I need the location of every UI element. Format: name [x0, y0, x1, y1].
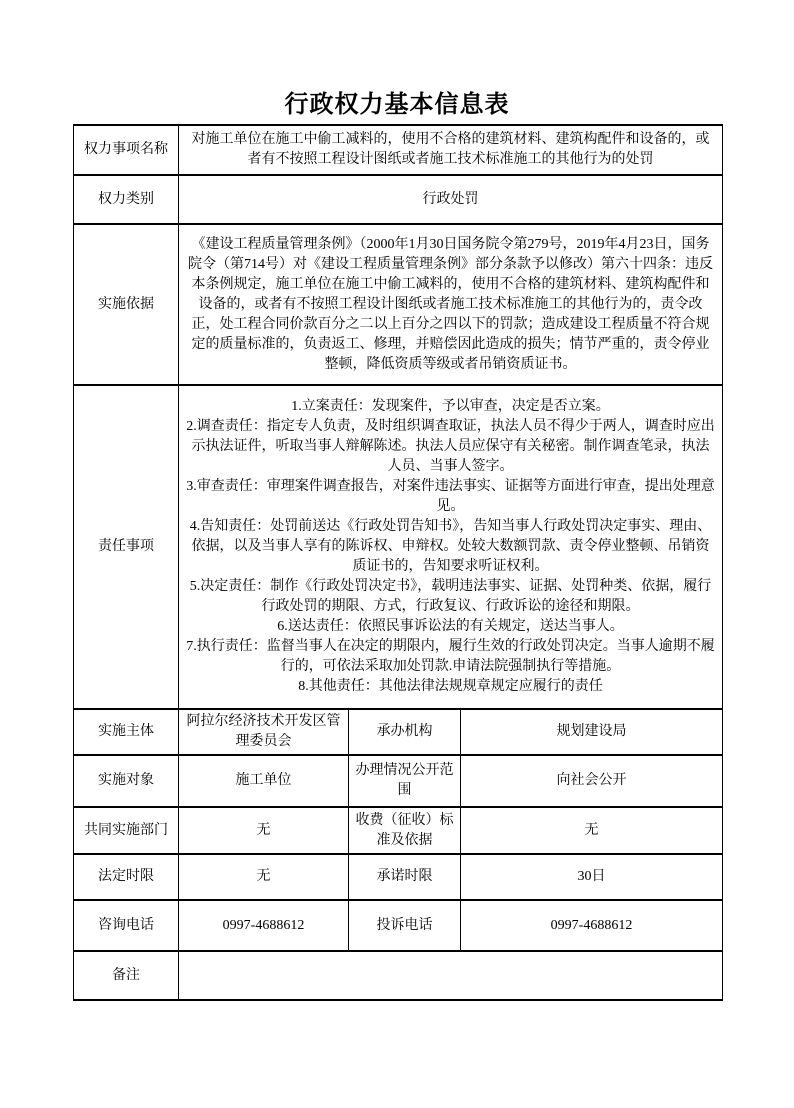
- complaint-phone-label: 投诉电话: [349, 900, 461, 951]
- implementation-target-label: 实施对象: [74, 755, 179, 807]
- disclosure-scope-value: 向社会公开: [461, 755, 723, 807]
- remarks-value: [179, 951, 723, 1000]
- page-title: 行政权力基本信息表: [0, 84, 794, 119]
- implementing-body-value: 阿拉尔经济技术开发区管理委员会: [179, 709, 349, 755]
- consultation-phone-value: 0997-4688612: [179, 900, 349, 951]
- power-item-name-value: 对施工单位在施工中偷工减料的，使用不合格的建筑材料、建筑构配件和设备的，或者有不…: [179, 125, 723, 175]
- responsibility-item: 4.告知责任：处罚前送达《行政处罚告知书》，告知当事人行政处罚决定事实、理由、依…: [185, 517, 716, 577]
- fee-standard-value: 无: [461, 807, 723, 854]
- row-joint-department: 共同实施部门 无 收费（征收）标准及依据 无: [74, 807, 723, 854]
- row-power-category: 权力类别 行政处罚: [74, 175, 723, 224]
- row-remarks: 备注: [74, 951, 723, 1000]
- row-implementation-basis: 实施依据 《建设工程质量管理条例》（2000年1月30日国务院令第279号，20…: [74, 224, 723, 385]
- responsibility-item: 6.送达责任：依照民事诉讼法的有关规定，送达当事人。: [185, 617, 716, 637]
- joint-department-label: 共同实施部门: [74, 807, 179, 854]
- statutory-limit-label: 法定时限: [74, 854, 179, 900]
- responsibility-items-label: 责任事项: [74, 385, 179, 709]
- statutory-limit-value: 无: [179, 854, 349, 900]
- promised-limit-label: 承诺时限: [349, 854, 461, 900]
- row-responsibility-items: 责任事项 1.立案责任：发现案件，予以审查，决定是否立案。 2.调查责任：指定专…: [74, 385, 723, 709]
- document-page: 行政权力基本信息表 权力事项名称 对施工单位在施工中偷工减料的，使用不合格的建筑…: [0, 0, 794, 1108]
- joint-department-value: 无: [179, 807, 349, 854]
- responsibility-item: 2.调查责任：指定专人负责，及时组织调查取证，执法人员不得少于两人，调查时应出示…: [185, 417, 716, 477]
- responsibility-item: 8.其他责任：其他法律法规规章规定应履行的责任: [185, 677, 716, 697]
- info-table: 权力事项名称 对施工单位在施工中偷工减料的，使用不合格的建筑材料、建筑构配件和设…: [73, 124, 723, 1001]
- responsibility-item: 7.执行责任：监督当事人在决定的期限内，履行生效的行政处罚决定。当事人逾期不履行…: [185, 637, 716, 677]
- row-implementation-target: 实施对象 施工单位 办理情况公开范围 向社会公开: [74, 755, 723, 807]
- fee-standard-label: 收费（征收）标准及依据: [349, 807, 461, 854]
- complaint-phone-value: 0997-4688612: [461, 900, 723, 951]
- responsibility-item: 5.决定责任：制作《行政处罚决定书》，载明违法事实、证据、处罚种类、依据，履行行…: [185, 577, 716, 617]
- responsibility-items-value: 1.立案责任：发现案件，予以审查，决定是否立案。 2.调查责任：指定专人负责，及…: [179, 385, 723, 709]
- row-phones: 咨询电话 0997-4688612 投诉电话 0997-4688612: [74, 900, 723, 951]
- implementation-target-value: 施工单位: [179, 755, 349, 807]
- consultation-phone-label: 咨询电话: [74, 900, 179, 951]
- promised-limit-value: 30日: [461, 854, 723, 900]
- implementation-basis-value: 《建设工程质量管理条例》（2000年1月30日国务院令第279号，2019年4月…: [179, 224, 723, 385]
- power-category-value: 行政处罚: [179, 175, 723, 224]
- implementation-basis-label: 实施依据: [74, 224, 179, 385]
- disclosure-scope-label: 办理情况公开范围: [349, 755, 461, 807]
- responsibility-item: 1.立案责任：发现案件，予以审查，决定是否立案。: [185, 397, 716, 417]
- row-power-item-name: 权力事项名称 对施工单位在施工中偷工减料的，使用不合格的建筑材料、建筑构配件和设…: [74, 125, 723, 175]
- handling-agency-value: 规划建设局: [461, 709, 723, 755]
- power-category-label: 权力类别: [74, 175, 179, 224]
- power-item-name-label: 权力事项名称: [74, 125, 179, 175]
- responsibility-item: 3.审查责任：审理案件调查报告，对案件违法事实、证据等方面进行审查，提出处理意见…: [185, 477, 716, 517]
- row-time-limits: 法定时限 无 承诺时限 30日: [74, 854, 723, 900]
- remarks-label: 备注: [74, 951, 179, 1000]
- implementing-body-label: 实施主体: [74, 709, 179, 755]
- handling-agency-label: 承办机构: [349, 709, 461, 755]
- row-implementing-body: 实施主体 阿拉尔经济技术开发区管理委员会 承办机构 规划建设局: [74, 709, 723, 755]
